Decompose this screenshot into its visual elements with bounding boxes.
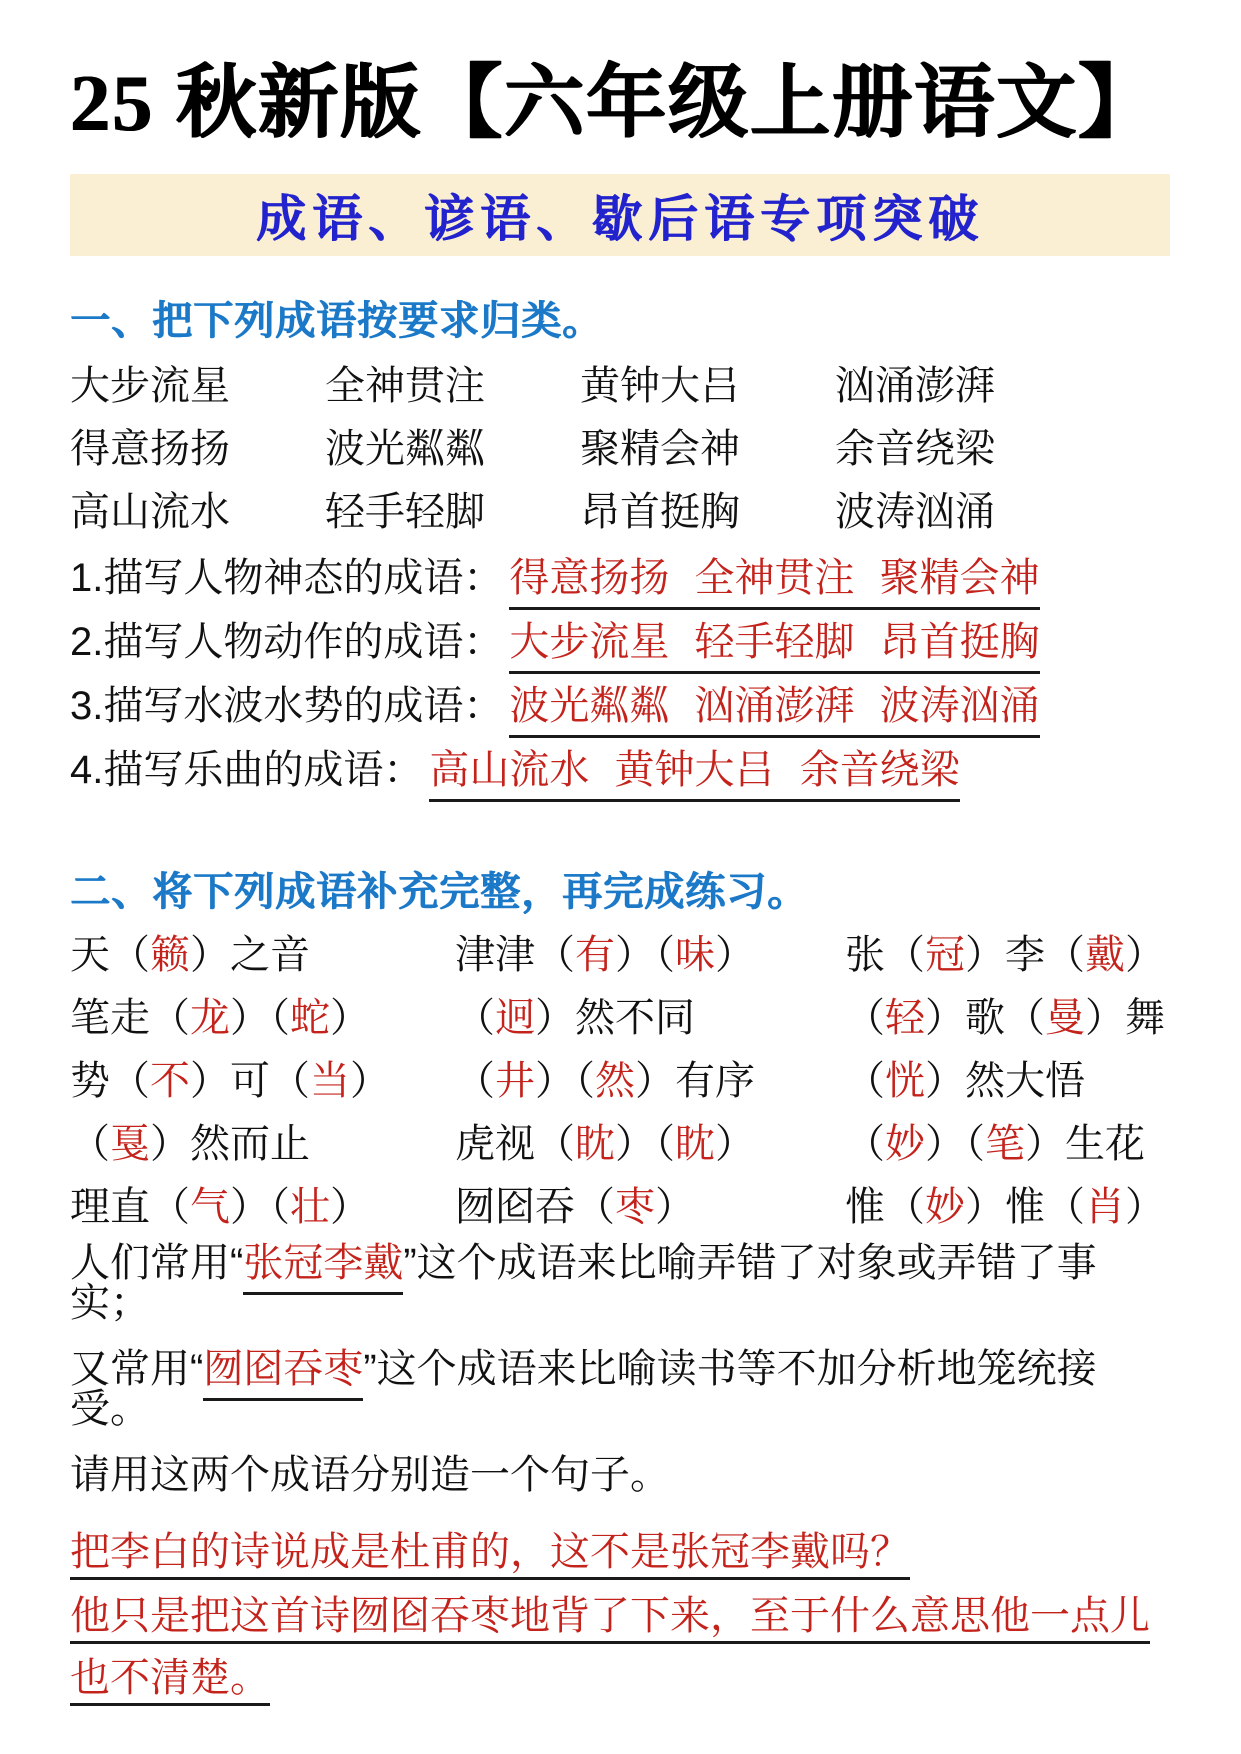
fill-in-item: 理直（气）（壮） <box>70 1187 455 1227</box>
question-answer: 得意扬扬 全神贯注 聚精会神 <box>509 556 1039 610</box>
explanation-paragraph: 人们常用“张冠李戴”这个成语来比喻弄错了对象或弄错了事实；又常用“囫囵吞枣”这个… <box>70 1243 1171 1502</box>
answer-character: 龙 <box>190 996 230 1040</box>
section2-heading: 二、将下列成语补充完整，再完成练习。 <box>70 871 1171 913</box>
answer-character: 轻 <box>885 996 925 1040</box>
answer-character: 枣 <box>615 1185 655 1229</box>
fill-in-item: （井）（然）有序 <box>455 1061 845 1101</box>
idiom-item: 高山流水 <box>70 492 325 532</box>
idiom-bank-grid: 大步流星全神贯注黄钟大吕汹涌澎湃得意扬扬波光粼粼聚精会神余音绕梁高山流水轻手轻脚… <box>70 366 1171 532</box>
idiom-item: 全神贯注 <box>325 366 580 406</box>
subtitle-text: 成语、谚语、歇后语专项突破 <box>256 179 984 251</box>
answer-character: 恍 <box>885 1059 925 1103</box>
question-answer: 大步流星 轻手轻脚 昂首挺胸 <box>509 620 1039 674</box>
example-sentence-answers: 把李白的诗说成是杜甫的，这不是张冠李戴吗？他只是把这首诗囫囵吞枣地背了下来，至于… <box>70 1521 1171 1709</box>
idiom-item: 波光粼粼 <box>325 429 580 469</box>
answer-character: 然 <box>595 1059 635 1103</box>
answer-character: 籁 <box>150 933 190 977</box>
fill-in-item: 虎视（眈）（眈） <box>455 1124 845 1164</box>
question-line: 2.描写人物动作的成语：大步流星 轻手轻脚 昂首挺胸 <box>70 622 1171 669</box>
answer-character: 眈 <box>575 1122 615 1166</box>
fill-in-item: （轻）歌（曼）舞 <box>845 998 1171 1038</box>
idiom-item: 轻手轻脚 <box>325 492 580 532</box>
question-label: 3.描写水波水势的成语： <box>70 684 503 728</box>
paragraph-line: 又常用“囫囵吞枣”这个成语来比喻读书等不加分析地笼统接受。 <box>70 1349 1171 1436</box>
question-line: 1.描写人物神态的成语：得意扬扬 全神贯注 聚精会神 <box>70 558 1171 605</box>
worksheet-page: 25 秋新版【六年级上册语文】 成语、谚语、歇后语专项突破 一、把下列成语按要求… <box>0 0 1241 1754</box>
idiom-item: 聚精会神 <box>580 429 835 469</box>
answer-character: 气 <box>190 1185 230 1229</box>
answer-character: 迥 <box>495 996 535 1040</box>
idiom-item: 昂首挺胸 <box>580 492 835 532</box>
answer-character: 冠 <box>925 933 965 977</box>
fill-in-grid: 天（籁）之音津津（有）（味）张（冠）李（戴）笔走（龙）（蛇）（迥）然不同（轻）歌… <box>70 935 1171 1227</box>
subtitle-banner: 成语、谚语、歇后语专项突破 <box>70 174 1170 256</box>
section1-questions: 1.描写人物神态的成语：得意扬扬 全神贯注 聚精会神2.描写人物动作的成语：大步… <box>70 558 1171 797</box>
answer-character: 井 <box>495 1059 535 1103</box>
answer-character: 妙 <box>885 1122 925 1166</box>
answer-character: 壮 <box>290 1185 330 1229</box>
paragraph-line: 人们常用“张冠李戴”这个成语来比喻弄错了对象或弄错了事实； <box>70 1243 1171 1330</box>
example-sentence: 把李白的诗说成是杜甫的，这不是张冠李戴吗？ <box>70 1521 1171 1583</box>
idiom-item: 波涛汹涌 <box>835 492 1171 532</box>
answer-character: 当 <box>310 1059 350 1103</box>
answer-character: 不 <box>150 1059 190 1103</box>
answer-idiom: 张冠李戴 <box>243 1241 403 1295</box>
example-sentence: 他只是把这首诗囫囵吞枣地背了下来，至于什么意思他一点儿也不清楚。 <box>70 1585 1171 1709</box>
answer-character: 曼 <box>1045 996 1085 1040</box>
answer-idiom: 囫囵吞枣 <box>203 1347 363 1401</box>
paragraph-line: 请用这两个成语分别造一个句子。 <box>70 1455 1171 1502</box>
fill-in-item: （迥）然不同 <box>455 998 845 1038</box>
fill-in-item: 势（不）可（当） <box>70 1061 455 1101</box>
question-answer: 波光粼粼 汹涌澎湃 波涛汹涌 <box>509 684 1039 738</box>
fill-in-item: （戛）然而止 <box>70 1124 455 1164</box>
fill-in-item: 囫囵吞（枣） <box>455 1187 845 1227</box>
answer-character: 笔 <box>985 1122 1025 1166</box>
answer-character: 蛇 <box>290 996 330 1040</box>
fill-in-item: （恍）然大悟 <box>845 1061 1171 1101</box>
question-line: 4.描写乐曲的成语：高山流水 黄钟大吕 余音绕梁 <box>70 750 1171 797</box>
answer-character: 眈 <box>675 1122 715 1166</box>
question-label: 1.描写人物神态的成语： <box>70 556 503 600</box>
fill-in-item: 天（籁）之音 <box>70 935 455 975</box>
answer-character: 有 <box>575 933 615 977</box>
question-label: 4.描写乐曲的成语： <box>70 748 423 792</box>
idiom-item: 汹涌澎湃 <box>835 366 1171 406</box>
answer-character: 戴 <box>1085 933 1125 977</box>
idiom-item: 黄钟大吕 <box>580 366 835 406</box>
question-label: 2.描写人物动作的成语： <box>70 620 503 664</box>
fill-in-item: （妙）（笔）生花 <box>845 1124 1171 1164</box>
fill-in-item: 笔走（龙）（蛇） <box>70 998 455 1038</box>
fill-in-item: 惟（妙）惟（肖） <box>845 1187 1171 1227</box>
answer-character: 戛 <box>110 1122 150 1166</box>
idiom-item: 余音绕梁 <box>835 429 1171 469</box>
fill-in-item: 张（冠）李（戴） <box>845 935 1171 975</box>
answer-character: 妙 <box>925 1185 965 1229</box>
section1-heading: 一、把下列成语按要求归类。 <box>70 300 1171 342</box>
answer-character: 肖 <box>1085 1185 1125 1229</box>
page-title: 25 秋新版【六年级上册语文】 <box>70 58 1171 150</box>
answer-character: 味 <box>675 933 715 977</box>
fill-in-item: 津津（有）（味） <box>455 935 845 975</box>
idiom-item: 得意扬扬 <box>70 429 325 469</box>
idiom-item: 大步流星 <box>70 366 325 406</box>
question-answer: 高山流水 黄钟大吕 余音绕梁 <box>429 748 959 802</box>
question-line: 3.描写水波水势的成语：波光粼粼 汹涌澎湃 波涛汹涌 <box>70 686 1171 733</box>
